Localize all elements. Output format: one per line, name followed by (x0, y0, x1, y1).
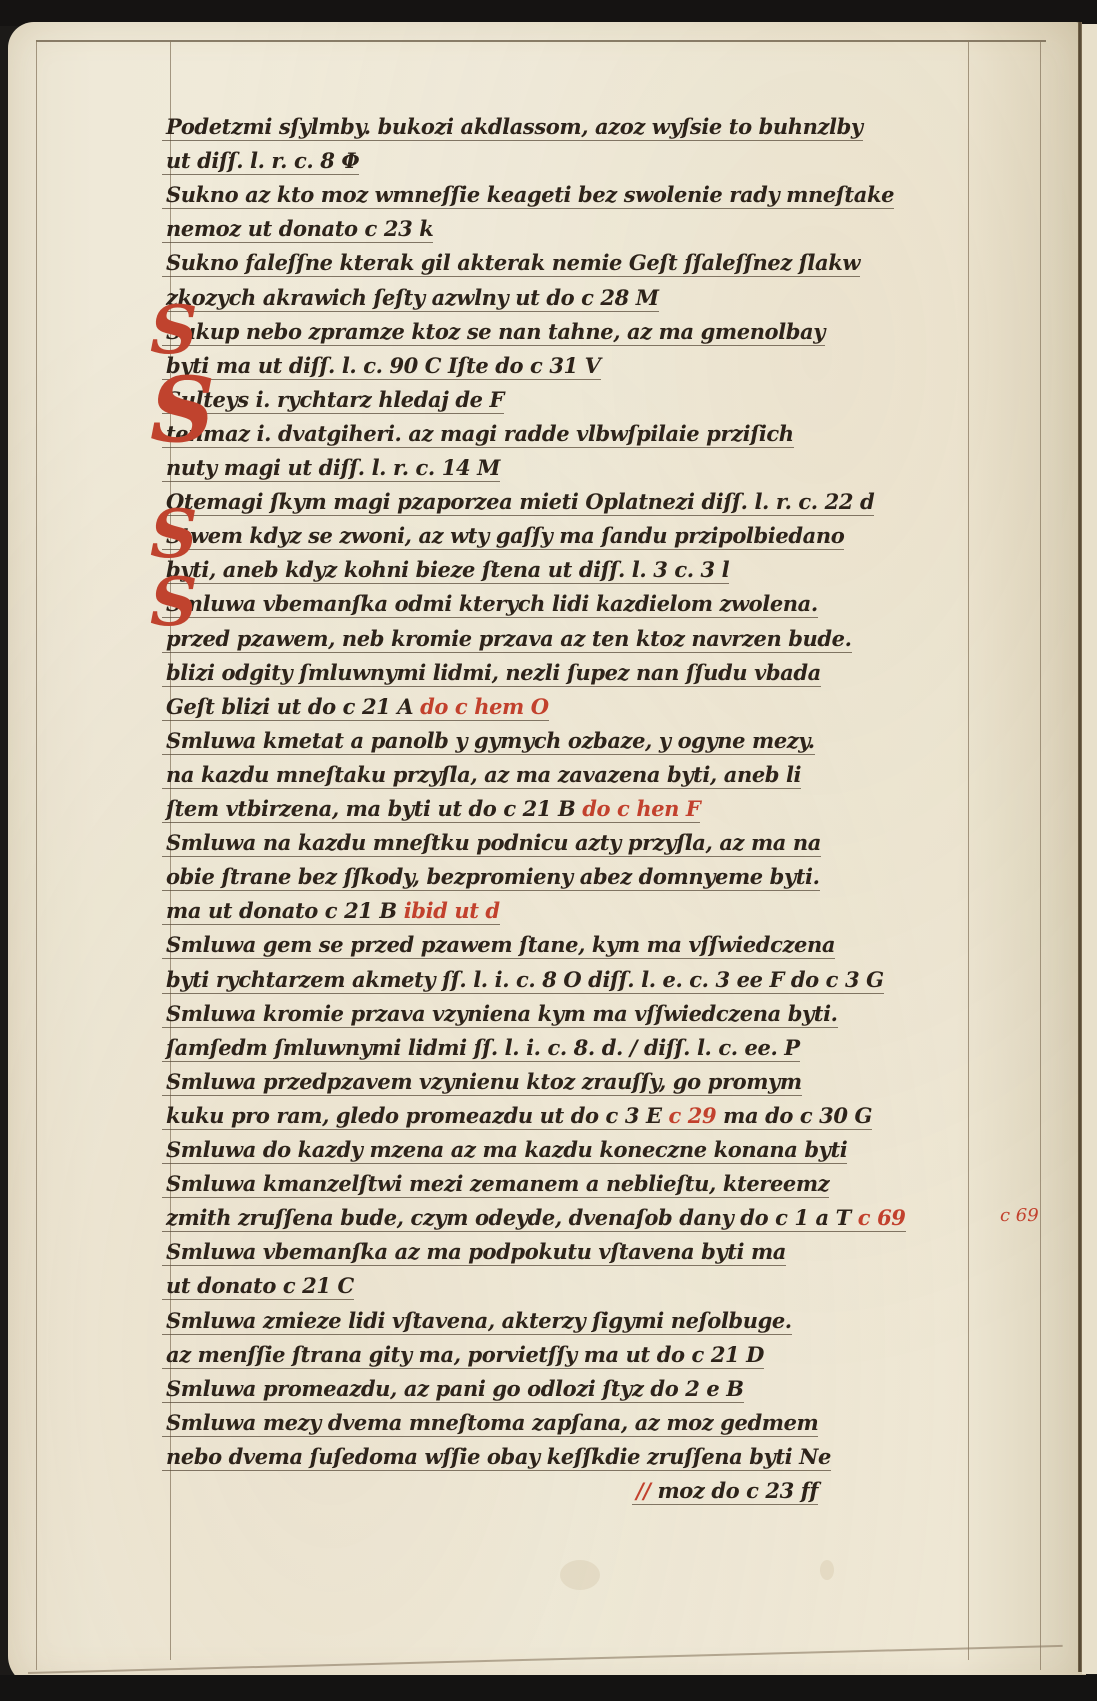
line-text: blizi odgity ſmluwnymi lidmi, nezli ſupe… (166, 660, 821, 685)
line-text: zkozych akrawich ſeſty azwlny ut do c 28… (166, 285, 659, 310)
manuscript-line: Otemagi ſkym magi pzaporzea mieti Oplatn… (166, 485, 874, 519)
ruled-line (162, 924, 500, 925)
manuscript-line: Smluwa kmetat a panolb y gymych ozbaze, … (166, 724, 815, 758)
manuscript-line: Podetzmi sſylmby. bukozi akdlassom, azoz… (166, 110, 863, 144)
ruled-line (162, 856, 821, 857)
ruled-line (162, 1436, 818, 1437)
ruled-line (162, 1334, 792, 1335)
ruled-line (632, 1504, 818, 1505)
rubric-reference: c 29 (662, 1103, 717, 1128)
manuscript-line: Smluwa vbemanſka odmi kterych lidi kazdi… (166, 587, 818, 621)
ruled-line (162, 1129, 872, 1130)
line-text: ut donato c 21 C (166, 1273, 354, 1298)
ruled-line (162, 345, 825, 346)
parchment-stain (560, 1560, 600, 1590)
ruled-line (162, 515, 874, 516)
ruled-line (162, 276, 860, 277)
ruling-text-right (968, 40, 969, 1660)
manuscript-line: byti, aneb kdyz kohni bieze ſtena ut diſ… (166, 553, 729, 587)
ruled-line (162, 1402, 744, 1403)
ruled-line (162, 1061, 800, 1062)
line-text: ut diſſ. l. r. c. 8 Φ (166, 148, 359, 173)
ruling-outer-right (1040, 40, 1041, 1670)
line-text: byti rychtarzem akmety ſſ. l. i. c. 8 O … (166, 967, 884, 992)
ruled-line (162, 617, 818, 618)
line-text: Smluwa kromie przava vzyniena kym ma vſſ… (166, 1001, 838, 1026)
ruled-line (162, 208, 894, 209)
ruling-outer-left (36, 40, 37, 1670)
line-text: na kazdu mneſtaku przyſla, az ma zavazen… (166, 762, 801, 787)
ruled-line (162, 1299, 354, 1300)
line-text: Smluwa kmanzelſtwi mezi zemanem a neblie… (166, 1171, 829, 1196)
line-text: Smluwa promeazdu, az pani go odlozi ſtyz… (166, 1376, 744, 1401)
manuscript-line: ſtem vtbirzena, ma byti ut do c 21 B do … (166, 792, 700, 826)
ruled-line (162, 174, 359, 175)
ruled-line (162, 1163, 847, 1164)
manuscript-line: Smluwa vbemanſka az ma podpokutu vſtaven… (166, 1235, 786, 1269)
ruled-line (162, 140, 863, 141)
line-text: nebo dvema ſuſedoma wſſie obay keſſkdie … (166, 1444, 831, 1469)
line-text: Podetzmi sſylmby. bukozi akdlassom, azoz… (166, 114, 863, 139)
line-text: byti, aneb kdyz kohni bieze ſtena ut diſ… (166, 557, 729, 582)
manuscript-line: byti rychtarzem akmety ſſ. l. i. c. 8 O … (166, 963, 884, 997)
ruled-line (162, 1095, 802, 1096)
rubricated-initial-letter: S (150, 569, 198, 635)
manuscript-line: zkozych akrawich ſeſty azwlny ut do c 28… (166, 281, 659, 315)
ruled-line (162, 890, 820, 891)
manuscript-line: nebo dvema ſuſedoma wſſie obay keſſkdie … (166, 1440, 831, 1474)
manuscript-line: ſamſedm ſmluwnymi lidmi ſſ. l. i. c. 8. … (166, 1031, 800, 1065)
manuscript-line: Stwem kdyz se zwoni, az wty gaſſy ma ſan… (166, 519, 844, 553)
rubricated-initial-letter: S (150, 297, 198, 363)
rubricated-initial-letter: S (150, 501, 198, 567)
line-text: kuku pro ram, gledo promeazdu ut do c 3 … (166, 1103, 662, 1128)
manuscript-line: obie ſtrane bez ſſkody, bezpromieny abez… (166, 860, 820, 894)
rubricated-initial-letter: S (150, 365, 215, 455)
line-text: Otemagi ſkym magi pzaporzea mieti Oplatn… (166, 489, 874, 514)
manuscript-line: Geſt blizi ut do c 21 A do c hem O (166, 690, 549, 724)
manuscript-line: nuty magi ut diſſ. l. r. c. 14 M (166, 451, 500, 485)
line-text: zmith zruſſena bude, czym odeyde, dvenaſ… (166, 1205, 851, 1230)
ruled-line (162, 447, 794, 448)
line-text: Smluwa mezy dvema mneſtoma zapſana, az m… (166, 1410, 818, 1435)
line-text: przed pzawem, neb kromie przava az ten k… (166, 626, 852, 651)
line-text: Smluwa vbemanſka odmi kterych lidi kazdi… (166, 591, 818, 616)
manuscript-line: Smluwa promeazdu, az pani go odlozi ſtyz… (166, 1372, 744, 1406)
manuscript-line: // moz do c 23 ff (636, 1474, 818, 1508)
adjacent-leaf-edge (1082, 24, 1097, 1674)
ruled-line (162, 1470, 831, 1471)
rubric-reference: do c hem O (413, 694, 548, 719)
manuscript-line: przed pzawem, neb kromie przava az ten k… (166, 622, 852, 656)
line-text: byti ma ut diſſ. l. c. 90 C Iſte do c 31… (166, 353, 601, 378)
manuscript-line: Smluwa na kazdu mneſtku podnicu azty prz… (166, 826, 821, 860)
manuscript-line: Sukno faleſſne kterak gil akterak nemie … (166, 246, 860, 280)
manuscript-line: Smluwa do kazdy mzena az ma kazdu konecz… (166, 1133, 847, 1167)
ruling-top-frame (36, 40, 1046, 42)
line-text: Sukno faleſſne kterak gil akterak nemie … (166, 250, 860, 275)
line-tail: ma do c 30 G (716, 1103, 872, 1128)
margin-note: c 69 (1000, 1205, 1039, 1226)
line-text: Sulteys i. rychtarz hledaj de F (166, 387, 504, 412)
line-text: ſamſedm ſmluwnymi lidmi ſſ. l. i. c. 8. … (166, 1035, 800, 1060)
manuscript-line: blizi odgity ſmluwnymi lidmi, nezli ſupe… (166, 656, 821, 690)
line-text: Smluwa kmetat a panolb y gymych ozbaze, … (166, 728, 815, 753)
manuscript-line: ut diſſ. l. r. c. 8 Φ (166, 144, 359, 178)
ruled-line (162, 754, 815, 755)
ruled-line (162, 993, 884, 994)
line-text: nemoz ut donato c 23 k (166, 216, 433, 241)
line-text: Sukup nebo zpramze ktoz se nan tahne, az… (166, 319, 825, 344)
rubric-mark: // (636, 1478, 657, 1503)
line-text: az menſſie ſtrana gity ma, porvietſſy ma… (166, 1342, 764, 1367)
line-text: Smluwa przedpzavem vzynienu ktoz zrauſſy… (166, 1069, 802, 1094)
line-text: Smluwa gem se przed pzawem ſtane, kym ma… (166, 932, 835, 957)
ruled-line (162, 242, 433, 243)
line-text: ma ut donato c 21 B (166, 898, 397, 923)
ruled-line (162, 686, 821, 687)
manuscript-line: na kazdu mneſtaku przyſla, az ma zavazen… (166, 758, 801, 792)
ruled-line (162, 958, 835, 959)
parchment-stain (820, 1560, 834, 1580)
manuscript-line: tenmaz i. dvatgiheri. az magi radde vlbw… (166, 417, 794, 451)
manuscript-line: nemoz ut donato c 23 k (166, 212, 433, 246)
manuscript-line: ut donato c 21 C (166, 1269, 354, 1303)
manuscript-line: byti ma ut diſſ. l. c. 90 C Iſte do c 31… (166, 349, 601, 383)
line-text: Sukno az kto moz wmneſſie keageti bez sw… (166, 182, 894, 207)
manuscript-line: Sukno az kto moz wmneſſie keageti bez sw… (166, 178, 894, 212)
manuscript-line: Sulteys i. rychtarz hledaj de F (166, 383, 504, 417)
ruled-line (162, 1197, 829, 1198)
rubric-reference: c 69 (851, 1205, 906, 1230)
line-text: ſtem vtbirzena, ma byti ut do c 21 B (166, 796, 575, 821)
manuscript-line: Smluwa zmieze lidi vſtavena, akterzy ſig… (166, 1304, 792, 1338)
line-text: obie ſtrane bez ſſkody, bezpromieny abez… (166, 864, 820, 889)
manuscript-line: zmith zruſſena bude, czym odeyde, dvenaſ… (166, 1201, 906, 1235)
ruled-line (162, 481, 500, 482)
ruled-line (162, 1265, 786, 1266)
ruled-line (162, 311, 659, 312)
rubric-reference: do c hen F (575, 796, 700, 821)
manuscript-line: kuku pro ram, gledo promeazdu ut do c 3 … (166, 1099, 872, 1133)
manuscript-line: ma ut donato c 21 B ibid ut d (166, 894, 500, 928)
line-text: Smluwa zmieze lidi vſtavena, akterzy ſig… (166, 1308, 792, 1333)
line-text: Smluwa do kazdy mzena az ma kazdu konecz… (166, 1137, 847, 1162)
line-text: Geſt blizi ut do c 21 A (166, 694, 413, 719)
ruled-line (162, 549, 844, 550)
manuscript-line: Smluwa gem se przed pzawem ſtane, kym ma… (166, 928, 835, 962)
ruled-line (162, 1027, 838, 1028)
ruled-line (162, 583, 729, 584)
line-text: Smluwa na kazdu mneſtku podnicu azty prz… (166, 830, 821, 855)
line-text: tenmaz i. dvatgiheri. az magi radde vlbw… (166, 421, 794, 446)
rubric-reference: ibid ut d (397, 898, 500, 923)
ruled-line (162, 652, 852, 653)
manuscript-line: Smluwa kromie przava vzyniena kym ma vſſ… (166, 997, 838, 1031)
line-text: Smluwa vbemanſka az ma podpokutu vſtaven… (166, 1239, 786, 1264)
ruled-line (162, 822, 700, 823)
ruled-line (162, 379, 601, 380)
scan-backdrop-bottom (0, 1675, 1097, 1701)
line-text: Stwem kdyz se zwoni, az wty gaſſy ma ſan… (166, 523, 844, 548)
manuscript-line: Smluwa mezy dvema mneſtoma zapſana, az m… (166, 1406, 818, 1440)
manuscript-line: Smluwa kmanzelſtwi mezi zemanem a neblie… (166, 1167, 829, 1201)
line-text: moz do c 23 ff (657, 1478, 818, 1503)
ruled-line (162, 1231, 906, 1232)
ruled-line (162, 720, 549, 721)
manuscript-line: Sukup nebo zpramze ktoz se nan tahne, az… (166, 315, 825, 349)
line-text: nuty magi ut diſſ. l. r. c. 14 M (166, 455, 500, 480)
ruled-line (162, 1368, 764, 1369)
ruled-line (162, 788, 801, 789)
manuscript-line: Smluwa przedpzavem vzynienu ktoz zrauſſy… (166, 1065, 802, 1099)
manuscript-line: az menſſie ſtrana gity ma, porvietſſy ma… (166, 1338, 764, 1372)
